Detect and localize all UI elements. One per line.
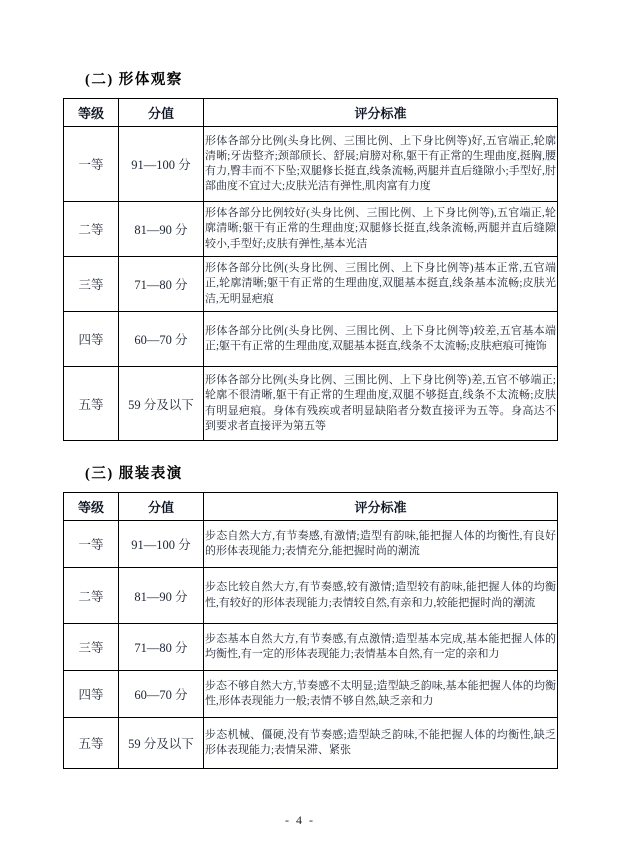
- criteria-cell: 形体各部分比例(头身比例、三围比例、上下身比例等)差,五官不够端正;轮廓不很清晰…: [204, 367, 558, 441]
- grade-cell: 一等: [64, 521, 119, 568]
- score-cell: 91—100 分: [119, 127, 204, 202]
- grade-cell: 三等: [64, 624, 119, 671]
- grade-cell: 五等: [64, 718, 119, 769]
- score-cell: 81—90 分: [119, 568, 204, 624]
- score-cell: 91—100 分: [119, 521, 204, 568]
- table-row: 二等 81—90 分 形体各部分比例较好(头身比例、三围比例、上下身比例等),五…: [64, 202, 558, 257]
- table-row: 三等 71—80 分 步态基本自然大方,有节奏感,有点激情;造型基本完成,基本能…: [64, 624, 558, 671]
- grade-cell: 三等: [64, 257, 119, 312]
- score-cell: 81—90 分: [119, 202, 204, 257]
- table-header-row: 等级 分值 评分标准: [64, 493, 558, 521]
- header-grade: 等级: [64, 493, 119, 521]
- section-heading: (二) 形体观察: [85, 68, 624, 89]
- grading-table-fashion-performance: 等级 分值 评分标准 一等 91—100 分 步态自然大方,有节奏感,有激情;造…: [63, 492, 558, 769]
- section-fashion-performance: (三) 服装表演 等级 分值 评分标准 一等 91—100 分 步态自然大方,有…: [63, 462, 624, 769]
- criteria-cell: 形体各部分比例(头身比例、三围比例、上下身比例等)好,五官端正,轮廓清晰;牙齿整…: [204, 127, 558, 202]
- section-body-observation: (二) 形体观察 等级 分值 评分标准 一等 91—100 分 形体各部分比例(…: [63, 68, 624, 441]
- table-header-row: 等级 分值 评分标准: [64, 99, 558, 127]
- criteria-cell: 步态自然大方,有节奏感,有激情;造型有韵味,能把握人体的均衡性,有良好的形体表现…: [204, 521, 558, 568]
- table-row: 五等 59 分及以下 步态机械、僵硬,没有节奏感;造型缺乏韵味,不能把握人体的均…: [64, 718, 558, 769]
- page-number: - 4 -: [0, 813, 600, 828]
- document-page: (二) 形体观察 等级 分值 评分标准 一等 91—100 分 形体各部分比例(…: [0, 0, 624, 857]
- criteria-cell: 步态比较自然大方,有节奏感,较有激情;造型较有韵味,能把握人体的均衡性,有较好的…: [204, 568, 558, 624]
- page-content: (二) 形体观察 等级 分值 评分标准 一等 91—100 分 形体各部分比例(…: [0, 0, 624, 769]
- table-row: 四等 60—70 分 步态不够自然大方,节奏感不太明显;造型缺乏韵味,基本能把握…: [64, 671, 558, 718]
- criteria-cell: 步态不够自然大方,节奏感不太明显;造型缺乏韵味,基本能把握人体的均衡性,形体表现…: [204, 671, 558, 718]
- table-row: 四等 60—70 分 形体各部分比例(头身比例、三围比例、上下身比例等)较差,五…: [64, 312, 558, 367]
- table-row: 三等 71—80 分 形体各部分比例(头身比例、三围比例、上下身比例等)基本正常…: [64, 257, 558, 312]
- score-cell: 60—70 分: [119, 312, 204, 367]
- score-cell: 71—80 分: [119, 257, 204, 312]
- criteria-cell: 步态机械、僵硬,没有节奏感;造型缺乏韵味,不能把握人体的均衡性,缺乏形体表现能力…: [204, 718, 558, 769]
- score-cell: 71—80 分: [119, 624, 204, 671]
- grade-cell: 五等: [64, 367, 119, 441]
- score-cell: 59 分及以下: [119, 718, 204, 769]
- grade-cell: 二等: [64, 202, 119, 257]
- criteria-cell: 步态基本自然大方,有节奏感,有点激情;造型基本完成,基本能把握人体的均衡性,有一…: [204, 624, 558, 671]
- criteria-cell: 形体各部分比例(头身比例、三围比例、上下身比例等)较差,五官基本端正;躯干有正常…: [204, 312, 558, 367]
- score-cell: 59 分及以下: [119, 367, 204, 441]
- table-row: 二等 81—90 分 步态比较自然大方,有节奏感,较有激情;造型较有韵味,能把握…: [64, 568, 558, 624]
- table-row: 五等 59 分及以下 形体各部分比例(头身比例、三围比例、上下身比例等)差,五官…: [64, 367, 558, 441]
- header-criteria: 评分标准: [204, 493, 558, 521]
- table-row: 一等 91—100 分 形体各部分比例(头身比例、三围比例、上下身比例等)好,五…: [64, 127, 558, 202]
- header-score: 分值: [119, 493, 204, 521]
- table-row: 一等 91—100 分 步态自然大方,有节奏感,有激情;造型有韵味,能把握人体的…: [64, 521, 558, 568]
- header-grade: 等级: [64, 99, 119, 127]
- grade-cell: 四等: [64, 671, 119, 718]
- section-heading: (三) 服装表演: [85, 462, 624, 483]
- criteria-cell: 形体各部分比例较好(头身比例、三围比例、上下身比例等),五官端正,轮廓清晰;躯干…: [204, 202, 558, 257]
- grade-cell: 一等: [64, 127, 119, 202]
- header-criteria: 评分标准: [204, 99, 558, 127]
- grade-cell: 四等: [64, 312, 119, 367]
- grading-table-body-observation: 等级 分值 评分标准 一等 91—100 分 形体各部分比例(头身比例、三围比例…: [63, 98, 558, 441]
- criteria-cell: 形体各部分比例(头身比例、三围比例、上下身比例等)基本正常,五官端正,轮廓清晰;…: [204, 257, 558, 312]
- grade-cell: 二等: [64, 568, 119, 624]
- score-cell: 60—70 分: [119, 671, 204, 718]
- header-score: 分值: [119, 99, 204, 127]
